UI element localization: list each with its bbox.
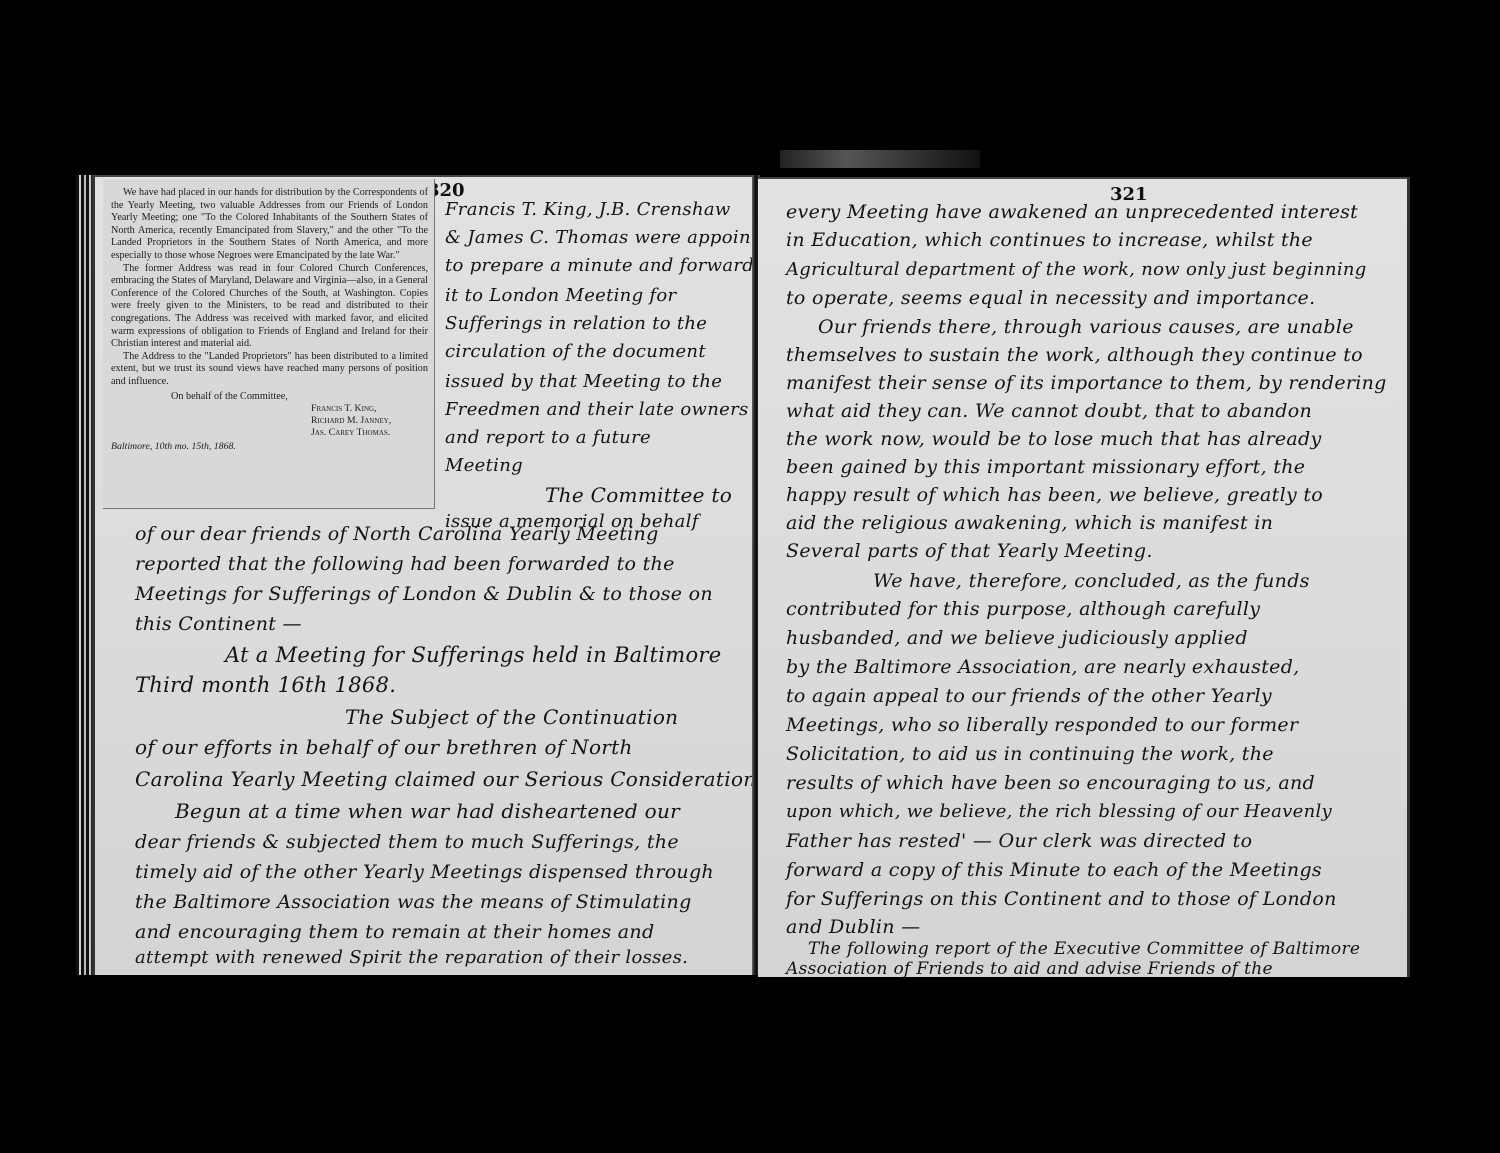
handwritten-line: reported that the following had been for… <box>135 553 675 575</box>
handwritten-line: husbanded, and we believe judiciously ap… <box>786 627 1248 649</box>
handwritten-line: every Meeting have awakened an unprecede… <box>786 201 1358 223</box>
handwritten-line: Freedmen and their late owners <box>445 399 749 420</box>
handwritten-line: Francis T. King, J.B. Crenshaw <box>445 199 731 220</box>
handwritten-line: of our dear friends of North Carolina Ye… <box>135 523 659 545</box>
ledger-spread: 320 We have had placed in our hands for … <box>0 0 1500 1153</box>
handwritten-line: to operate, seems equal in necessity and… <box>786 287 1315 309</box>
clipping-dateline: Baltimore, 10th mo. 15th, 1868. <box>111 441 428 454</box>
handwritten-line: manifest their sense of its importance t… <box>786 372 1387 394</box>
handwritten-line: Several parts of that Yearly Meeting. <box>786 540 1153 562</box>
handwritten-line: it to London Meeting for <box>445 285 676 306</box>
left-page: 320 We have had placed in our hands for … <box>92 175 754 975</box>
handwritten-line: Agricultural department of the work, now… <box>786 259 1367 280</box>
signatory: Richard M. Janney, <box>311 415 428 427</box>
handwritten-line: circulation of the document <box>445 341 706 362</box>
clipping-paragraph: The Address to the "Landed Proprietors" … <box>111 351 428 389</box>
handwritten-line: issued by that Meeting to the <box>445 371 722 392</box>
handwritten-line: Our friends there, through various cause… <box>818 316 1354 338</box>
handwritten-line: results of which have been so encouragin… <box>786 772 1315 794</box>
signatory: Jas. Carey Thomas. <box>311 427 428 439</box>
handwritten-line: & James C. Thomas were appointed <box>445 227 781 248</box>
handwritten-line: by the Baltimore Association, are nearly… <box>786 656 1300 678</box>
handwritten-line: of our efforts in behalf of our brethren… <box>135 735 633 759</box>
handwritten-line: happy result of which has been, we belie… <box>786 484 1323 506</box>
clipping-paragraph: We have had placed in our hands for dist… <box>111 187 428 263</box>
handwritten-line: and encouraging them to remain at their … <box>135 921 654 943</box>
handwritten-line: We have, therefore, concluded, as the fu… <box>873 570 1310 592</box>
handwritten-line: the Baltimore Association was the means … <box>135 891 692 913</box>
handwritten-line: to again appeal to our friends of the ot… <box>786 685 1272 707</box>
handwritten-line: upon which, we believe, the rich blessin… <box>786 801 1332 822</box>
handwritten-line: Third month 16th 1868. <box>135 673 396 697</box>
handwritten-line: and report to a future <box>445 427 651 448</box>
handwritten-line: for Sufferings on this Continent and to … <box>786 888 1337 910</box>
signatory: Francis T. King, <box>311 403 428 415</box>
handwritten-line: forward a copy of this Minute to each of… <box>786 859 1322 881</box>
handwritten-line: The Committee to <box>545 483 732 507</box>
handwritten-line: and Dublin — <box>786 916 920 938</box>
handwritten-line: Meetings, who so liberally responded to … <box>786 714 1298 736</box>
clipping-signatories: Francis T. King, Richard M. Janney, Jas.… <box>311 403 428 439</box>
handwritten-line: the work now, would be to lose much that… <box>786 428 1322 450</box>
page-fold-shadow <box>780 150 980 168</box>
handwritten-line: what aid they can. We cannot doubt, that… <box>786 400 1312 422</box>
handwritten-line: At a Meeting for Sufferings held in Balt… <box>225 643 722 667</box>
handwritten-line: attempt with renewed Spirit the reparati… <box>135 947 688 968</box>
newspaper-clipping: We have had placed in our hands for dist… <box>103 179 435 509</box>
handwritten-line: dear friends & subjected them to much Su… <box>135 831 679 853</box>
handwritten-line: Solicitation, to aid us in continuing th… <box>786 743 1274 765</box>
handwritten-line: aid the religious awakening, which is ma… <box>786 512 1273 534</box>
handwritten-line: been gained by this important missionary… <box>786 456 1305 478</box>
clipping-paragraph: The former Address was read in four Colo… <box>111 263 428 351</box>
handwritten-line: Association of Friends to aid and advise… <box>786 959 1273 979</box>
handwritten-line: this Continent — <box>135 613 302 635</box>
handwritten-line: Father has rested' — Our clerk was direc… <box>786 830 1252 852</box>
handwritten-line: Carolina Yearly Meeting claimed our Seri… <box>135 767 756 791</box>
handwritten-line: timely aid of the other Yearly Meetings … <box>135 861 714 883</box>
clipping-signoff: On behalf of the Committee, <box>111 391 428 404</box>
right-page: 321 every Meeting have awakened an unpre… <box>758 177 1410 977</box>
handwritten-line: to prepare a minute and forward <box>445 255 754 276</box>
handwritten-line: Begun at a time when war had disheartene… <box>175 799 680 823</box>
handwritten-line: themselves to sustain the work, although… <box>786 344 1363 366</box>
handwritten-line: in Education, which continues to increas… <box>786 229 1313 251</box>
handwritten-line: Meeting <box>445 455 523 476</box>
handwritten-line: The Subject of the Continuation <box>345 705 678 729</box>
handwritten-line: contributed for this purpose, although c… <box>786 598 1260 620</box>
handwritten-line: The following report of the Executive Co… <box>808 939 1360 959</box>
handwritten-line: Meetings for Sufferings of London & Dubl… <box>135 583 713 605</box>
handwritten-line: Sufferings in relation to the <box>445 313 707 334</box>
